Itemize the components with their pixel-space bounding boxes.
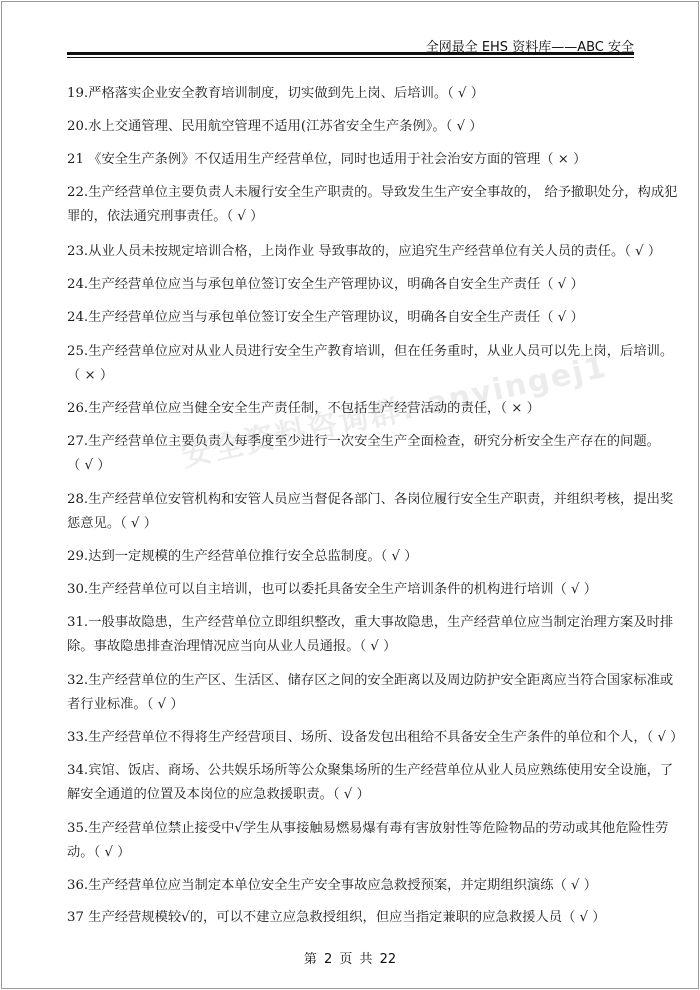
document-page: 全网最全 EHS 资料库——ABC 安全 安全资料咨询群: anyingej1 … bbox=[1, 1, 699, 989]
list-item: 32.生产经营单位的生产区、生活区、储存区之间的安全距离以及周边防护安全距离应当… bbox=[67, 669, 639, 717]
list-item: 34.宾馆、饭店、商场、公共娱乐场所等公众聚集场所的生产经营单位从业人员应熟练使… bbox=[67, 759, 639, 807]
list-item: 23.从业人员未按规定培训合格，上岗作业 导致事故的，应追究生产经营单位有关人员… bbox=[67, 240, 639, 264]
item-text-continued: 除。事故隐患排查治理情况应当向从业人员通报。（ √ ） bbox=[67, 635, 639, 659]
item-text-continued: （ √ ） bbox=[67, 454, 639, 478]
item-text: 35.生产经营单位禁止接受中√学生从事接触易燃易爆有毒有害放射性等危险物品的劳动… bbox=[67, 817, 639, 841]
list-item: 29.达到一定规模的生产经营单位推行安全总监制度。（ √ ） bbox=[67, 545, 639, 569]
item-text: 27.生产经营单位主要负责人每季度至少进行一次安全生产全面检查，研究分析安全生产… bbox=[67, 430, 639, 454]
list-item: 37 生产经营规模较√的，可以不建立应急救授组织，但应当指定兼职的应急救援人员（… bbox=[67, 906, 639, 930]
item-text: 23.从业人员未按规定培训合格，上岗作业 导致事故的，应追究生产经营单位有关人员… bbox=[67, 240, 639, 264]
item-text-continued: 罪的，依法通究刑事责任。（ √ ） bbox=[67, 205, 639, 229]
item-text: 36.生产经营单位应当制定本单位安全生产安全事故应急救授预案，并定期组织演练（ … bbox=[67, 874, 639, 898]
item-text-continued: 惩意见。（ √ ） bbox=[67, 512, 639, 536]
list-item: 35.生产经营单位禁止接受中√学生从事接触易燃易爆有毒有害放射性等危险物品的劳动… bbox=[67, 817, 639, 865]
list-item: 19.严格落实企业安全教育培训制度，切实做到先上岗、后培训。（ √ ） bbox=[67, 82, 639, 106]
item-text-continued: （ × ） bbox=[67, 364, 639, 388]
item-text: 19.严格落实企业安全教育培训制度，切实做到先上岗、后培训。（ √ ） bbox=[67, 82, 639, 106]
item-text: 31.一般事故隐患，生产经营单位立即组织整改，重大事故隐患，生产经营单位应当制定… bbox=[67, 611, 639, 635]
item-text: 34.宾馆、饭店、商场、公共娱乐场所等公众聚集场所的生产经营单位从业人员应熟练使… bbox=[67, 759, 639, 783]
item-text-continued: 者行业标准。（ √ ） bbox=[67, 693, 639, 717]
item-text: 25.生产经营单位应对从业人员进行安全生产教育培训，但在任务重时，从业人员可以先… bbox=[67, 340, 639, 364]
item-text: 33.生产经营单位不得将生产经营项目、场所、设备发包出租给不具备安全生产条件的单… bbox=[67, 726, 639, 750]
list-item: 24.生产经营单位应当与承包单位签订安全生产管理协议，明确各自安全生产责任（ √… bbox=[67, 306, 639, 330]
item-text: 30.生产经营单位可以自主培训，也可以委托具备安全生产培训条件的机构进行培训（ … bbox=[67, 578, 639, 602]
item-text: 32.生产经营单位的生产区、生活区、储存区之间的安全距离以及周边防护安全距离应当… bbox=[67, 669, 639, 693]
item-text: 22.生产经营单位主要负责人未履行安全生产职责的。导致发生生产安全事故的， 给予… bbox=[67, 181, 639, 205]
header-rule bbox=[67, 52, 634, 55]
list-item: 20.水上交通管理、民用航空管理不适用(江苏省安全生产条例》。（ √ ） bbox=[67, 115, 639, 139]
item-text: 37 生产经营规模较√的，可以不建立应急救授组织，但应当指定兼职的应急救援人员（… bbox=[67, 906, 639, 930]
list-item: 33.生产经营单位不得将生产经营项目、场所、设备发包出租给不具备安全生产条件的单… bbox=[67, 726, 639, 750]
list-item: 21 《安全生产条例》不仅适用生产经营单位，同时也适用于社会治安方面的管理（ ×… bbox=[67, 148, 639, 172]
list-item: 28.生产经营单位安管机构和安管人员应当督促各部门、各岗位履行安全生产职责，并组… bbox=[67, 488, 639, 536]
item-text-continued: 动。（ √ ） bbox=[67, 841, 639, 865]
list-item: 31.一般事故隐患，生产经营单位立即组织整改，重大事故隐患，生产经营单位应当制定… bbox=[67, 611, 639, 659]
list-item: 27.生产经营单位主要负责人每季度至少进行一次安全生产全面检查，研究分析安全生产… bbox=[67, 430, 639, 478]
item-text-continued: 解安全通道的位置及本岗位的应急救援职责。（ √ ） bbox=[67, 783, 639, 807]
list-item: 22.生产经营单位主要负责人未履行安全生产职责的。导致发生生产安全事故的， 给予… bbox=[67, 181, 639, 229]
list-item: 26.生产经营单位应当健全安全生产责任制，不包括生产经营活动的责任，（ × ） bbox=[67, 397, 639, 421]
item-text: 28.生产经营单位安管机构和安管人员应当督促各部门、各岗位履行安全生产职责，并组… bbox=[67, 488, 639, 512]
list-item: 25.生产经营单位应对从业人员进行安全生产教育培训，但在任务重时，从业人员可以先… bbox=[67, 340, 639, 388]
item-text: 26.生产经营单位应当健全安全生产责任制，不包括生产经营活动的责任，（ × ） bbox=[67, 397, 639, 421]
list-item: 36.生产经营单位应当制定本单位安全生产安全事故应急救授预案，并定期组织演练（ … bbox=[67, 874, 639, 898]
item-text: 24.生产经营单位应当与承包单位签订安全生产管理协议，明确各自安全生产责任（ √… bbox=[67, 306, 639, 330]
header-rule-thin bbox=[67, 57, 634, 58]
item-text: 20.水上交通管理、民用航空管理不适用(江苏省安全生产条例》。（ √ ） bbox=[67, 115, 639, 139]
item-text: 21 《安全生产条例》不仅适用生产经营单位，同时也适用于社会治安方面的管理（ ×… bbox=[67, 148, 639, 172]
list-item: 30.生产经营单位可以自主培训，也可以委托具备安全生产培训条件的机构进行培训（ … bbox=[67, 578, 639, 602]
item-text: 24.生产经营单位应当与承包单位签订安全生产管理协议，明确各自安全生产责任（ √… bbox=[67, 273, 639, 297]
list-item: 24.生产经营单位应当与承包单位签订安全生产管理协议，明确各自安全生产责任（ √… bbox=[67, 273, 639, 297]
page-number: 第 2 页 共 22 bbox=[2, 948, 698, 967]
item-text: 29.达到一定规模的生产经营单位推行安全总监制度。（ √ ） bbox=[67, 545, 639, 569]
